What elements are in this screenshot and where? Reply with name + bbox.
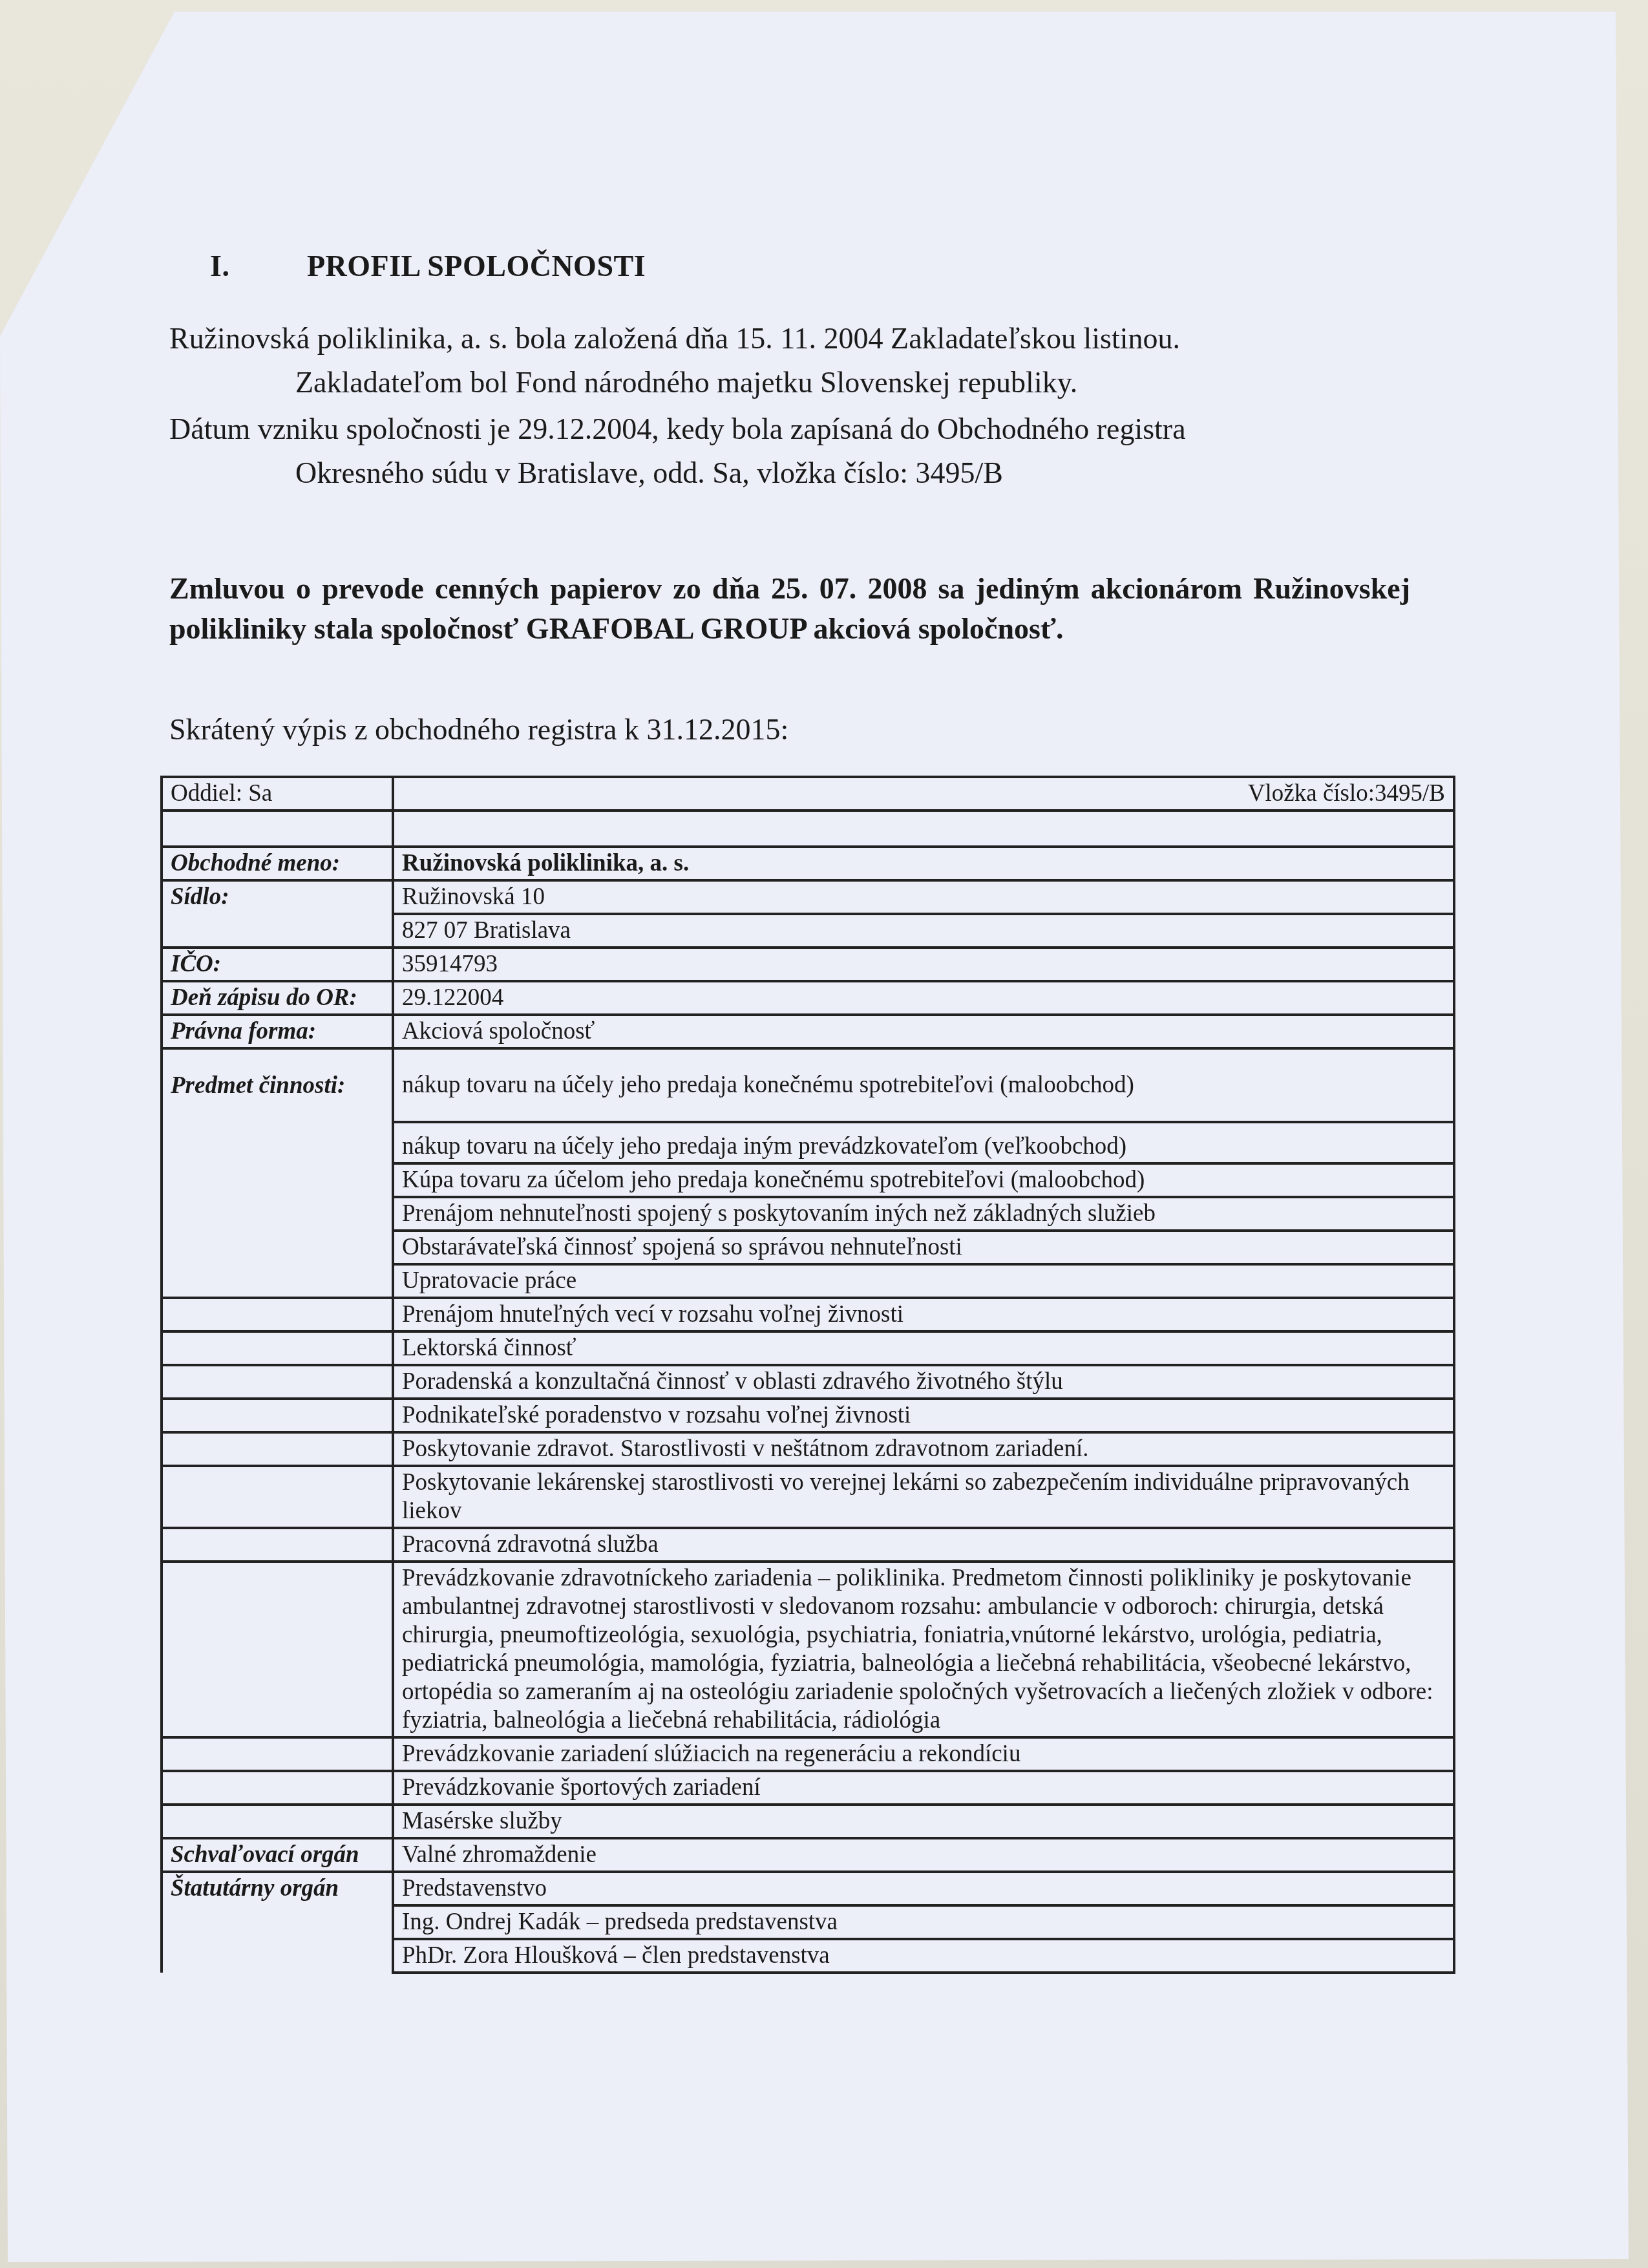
activity-item: nákup tovaru na účely jeho predaja koneč… <box>393 1048 1454 1122</box>
legal-form-label: Právna forma: <box>162 1015 393 1048</box>
activities-label: Predmet činnosti: <box>162 1048 393 1298</box>
ico-label: IČO: <box>162 948 393 981</box>
empty-cell <box>162 1365 393 1399</box>
empty-cell <box>393 811 1454 847</box>
table-row: Schvaľovací orgán Valné zhromaždenie <box>162 1838 1454 1872</box>
activity-item: nákup tovaru na účely jeho predaja iným … <box>393 1122 1454 1163</box>
empty-cell <box>162 1771 393 1805</box>
activity-item: Kúpa tovaru za účelom jeho predaja koneč… <box>393 1163 1454 1197</box>
empty-cell <box>162 1528 393 1562</box>
table-row-empty <box>162 811 1454 847</box>
activity-row: Prevádzkovanie zdravotníckeho zariadenia… <box>162 1562 1454 1737</box>
empty-cell <box>162 1331 393 1365</box>
activity-row: Poskytovanie zdravot. Starostlivosti v n… <box>162 1432 1454 1466</box>
activity-item: Upratovacie práce <box>393 1264 1454 1298</box>
activity-item: Prevádzkovanie zdravotníckeho zariadenia… <box>393 1562 1454 1737</box>
table-row: Obchodné meno: Ružinovská poliklinika, a… <box>162 847 1454 880</box>
activity-row: Prevádzkovanie zariadení slúžiacich na r… <box>162 1737 1454 1771</box>
section-title: PROFIL SPOLOČNOSTI <box>307 249 646 282</box>
empty-cell <box>162 811 393 847</box>
activity-item: Prevádzkovanie zariadení slúžiacich na r… <box>393 1737 1454 1771</box>
activity-row: Predmet činnosti: nákup tovaru na účely … <box>162 1048 1454 1122</box>
registration-date-value: 29.122004 <box>393 981 1454 1015</box>
extract-intro: Skrátený výpis z obchodného registra k 3… <box>169 708 1410 752</box>
table-row: Oddiel: Sa Vložka číslo:3495/B <box>162 777 1454 811</box>
activity-row: Masérske služby <box>162 1805 1454 1838</box>
activity-item: Masérske služby <box>393 1805 1454 1838</box>
legal-form-value: Akciová spoločnosť <box>393 1015 1454 1048</box>
activity-item: Podnikateľské poradenstvo v rozsahu voľn… <box>393 1399 1454 1432</box>
ico-value: 35914793 <box>393 948 1454 981</box>
activity-item: Poskytovanie zdravot. Starostlivosti v n… <box>393 1432 1454 1466</box>
activity-item: Poradenská a konzultačná činnosť v oblas… <box>393 1365 1454 1399</box>
activity-item: Obstarávateľská činnosť spojená so správ… <box>393 1231 1454 1264</box>
founding-line-1: Ružinovská poliklinika, a. s. bola založ… <box>169 322 1180 355</box>
empty-cell <box>162 1737 393 1771</box>
approval-body-value: Valné zhromaždenie <box>393 1838 1454 1872</box>
activity-item: Prenájom hnuteľných vecí v rozsahu voľne… <box>393 1298 1454 1331</box>
activity-row: Prevádzkovanie športových zariadení <box>162 1771 1454 1805</box>
activity-item: Prenájom nehnuteľnosti spojený s poskyto… <box>393 1197 1454 1231</box>
empty-cell <box>162 1399 393 1432</box>
registration-line-1: Dátum vzniku spoločnosti je 29.12.2004, … <box>169 412 1186 445</box>
activity-row: Podnikateľské poradenstvo v rozsahu voľn… <box>162 1399 1454 1432</box>
empty-cell <box>162 1805 393 1838</box>
transfer-paragraph: Zmluvou o prevode cenných papierov zo dň… <box>169 569 1410 649</box>
statutory-body-item: Predstavenstvo <box>393 1872 1454 1905</box>
insert-number-cell: Vložka číslo:3495/B <box>393 777 1454 811</box>
table-row: Sídlo: Ružinovská 10 <box>162 880 1454 914</box>
seat-street-value: Ružinovská 10 <box>393 880 1454 914</box>
activity-item: Pracovná zdravotná služba <box>393 1528 1454 1562</box>
activity-row: Pracovná zdravotná služba <box>162 1528 1454 1562</box>
activity-item: Lektorská činnosť <box>393 1331 1454 1365</box>
empty-cell <box>162 1298 393 1331</box>
approval-body-label: Schvaľovací orgán <box>162 1838 393 1872</box>
activity-row: Lektorská činnosť <box>162 1331 1454 1365</box>
table-row: IČO: 35914793 <box>162 948 1454 981</box>
table-row: Právna forma: Akciová spoločnosť <box>162 1015 1454 1048</box>
register-extract-table: Oddiel: Sa Vložka číslo:3495/B Obchodné … <box>160 776 1455 1974</box>
activity-item: Prevádzkovanie športových zariadení <box>393 1771 1454 1805</box>
business-name-value: Ružinovská poliklinika, a. s. <box>393 847 1454 880</box>
empty-cell <box>162 1466 393 1528</box>
seat-label: Sídlo: <box>162 880 393 948</box>
section-heading: I.PROFIL SPOLOČNOSTI <box>210 249 646 283</box>
founding-line-2: Zakladateľom bol Fond národného majetku … <box>169 361 1410 405</box>
seat-city-value: 827 07 Bratislava <box>393 914 1454 948</box>
founding-paragraph: Ružinovská poliklinika, a. s. bola založ… <box>169 317 1410 405</box>
activity-row: Poskytovanie lekárenskej starostlivosti … <box>162 1466 1454 1528</box>
empty-cell <box>162 1432 393 1466</box>
statutory-body-item: Ing. Ondrej Kadák – predseda predstavens… <box>393 1905 1454 1939</box>
business-name-label: Obchodné meno: <box>162 847 393 880</box>
scanned-page: I.PROFIL SPOLOČNOSTI Ružinovská poliklin… <box>0 0 1629 2262</box>
activity-row: Poradenská a konzultačná činnosť v oblas… <box>162 1365 1454 1399</box>
table-row: Deň zápisu do OR: 29.122004 <box>162 981 1454 1015</box>
activity-item: Poskytovanie lekárenskej starostlivosti … <box>393 1466 1454 1528</box>
empty-cell <box>162 1562 393 1737</box>
section-label-cell: Oddiel: Sa <box>162 777 393 811</box>
statutory-body-item: PhDr. Zora Hloušková – člen predstavenst… <box>393 1939 1454 1973</box>
statutory-body-label: Štatutárny orgán <box>162 1872 393 1973</box>
registration-paragraph: Dátum vzniku spoločnosti je 29.12.2004, … <box>169 407 1410 495</box>
activity-row: Prenájom hnuteľných vecí v rozsahu voľne… <box>162 1298 1454 1331</box>
registration-date-label: Deň zápisu do OR: <box>162 981 393 1015</box>
section-number: I. <box>210 249 307 283</box>
table-row: Štatutárny orgán Predstavenstvo <box>162 1872 1454 1905</box>
registration-line-2: Okresného súdu v Bratislave, odd. Sa, vl… <box>169 451 1410 495</box>
